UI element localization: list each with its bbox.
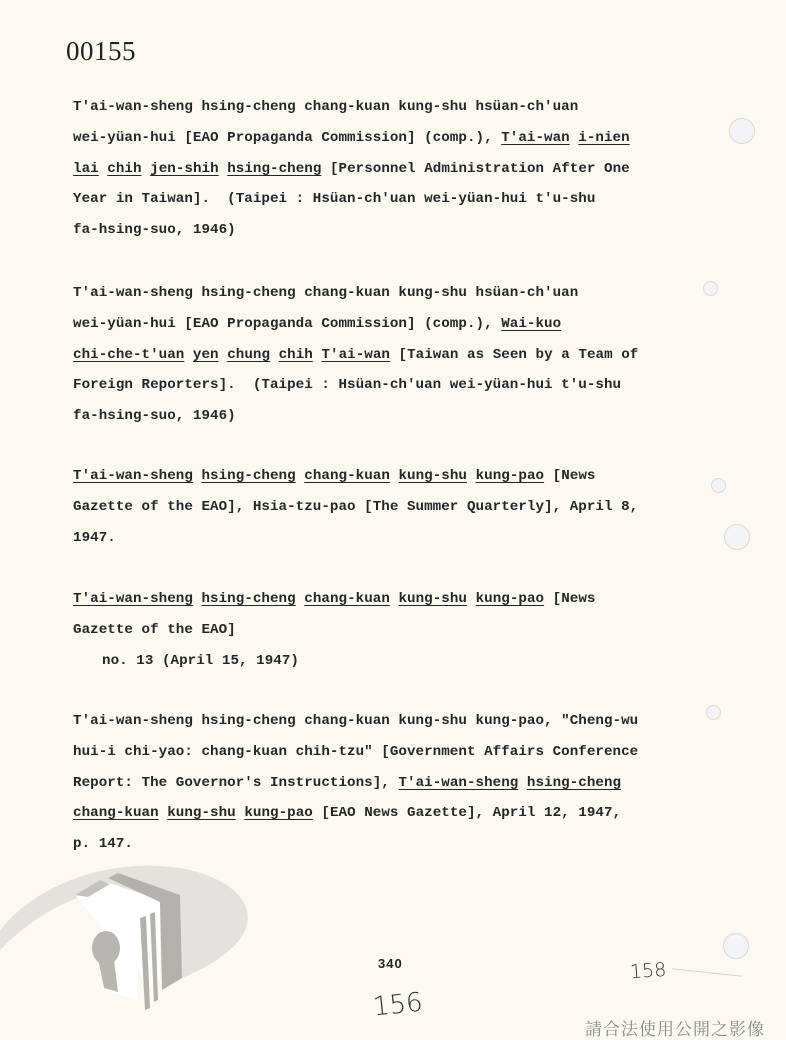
entry-line: wei-yüan-hui [EAO Propaganda Commission]… [73, 123, 630, 154]
underlined-title: jen-shih [150, 161, 219, 177]
text-segment: Foreign Reporters]. (Taipei : Hsüan-ch'u… [73, 377, 621, 393]
entry-line: 1947. [73, 523, 638, 554]
underlined-title: kung-shu [167, 805, 236, 821]
underlined-title: chang-kuan [304, 468, 390, 484]
entry-line: Foreign Reporters]. (Taipei : Hsüan-ch'u… [73, 370, 638, 401]
entry-line: Report: The Governor's Instructions], T'… [73, 768, 638, 799]
underlined-title: Wai-kuo [501, 316, 561, 332]
entry-line: T'ai-wan-sheng hsing-cheng chang-kuan ku… [73, 584, 595, 615]
entry-line: Gazette of the EAO], Hsia-tzu-pao [The S… [73, 492, 638, 523]
text-segment: Gazette of the EAO], Hsia-tzu-pao [The S… [73, 499, 638, 515]
text-segment: T'ai-wan-sheng hsing-cheng chang-kuan ku… [73, 713, 638, 729]
underlined-title: chung [227, 347, 270, 363]
underlined-title: chi-che-t'uan [73, 347, 184, 363]
text-segment [518, 775, 527, 791]
text-segment [219, 347, 228, 363]
text-segment: Year in Taiwan]. (Taipei : Hsüan-ch'uan … [73, 191, 595, 207]
entry-line: T'ai-wan-sheng hsing-cheng chang-kuan ku… [73, 461, 638, 492]
text-segment [99, 161, 108, 177]
underlined-title: T'ai-wan [501, 130, 570, 146]
entry-line: T'ai-wan-sheng hsing-cheng chang-kuan ku… [73, 278, 638, 309]
underlined-title: chang-kuan [304, 591, 390, 607]
text-segment: wei-yüan-hui [EAO Propaganda Commission]… [73, 316, 501, 332]
underlined-title: chang-kuan [73, 805, 159, 821]
document-id: 00155 [66, 36, 136, 67]
punch-hole [723, 933, 749, 959]
underlined-title: hsing-cheng [227, 161, 321, 177]
underlined-title: kung-shu [398, 468, 467, 484]
text-segment: no. 13 (April 15, 1947) [102, 653, 299, 669]
text-segment: [EAO News Gazette], April 12, 1947, [313, 805, 621, 821]
text-segment: Report: The Governor's Instructions], [73, 775, 398, 791]
underlined-title: yen [193, 347, 219, 363]
underlined-title: chih [107, 161, 141, 177]
underlined-title: kung-shu [398, 591, 467, 607]
underlined-title: hsing-cheng [201, 591, 295, 607]
text-segment [570, 130, 579, 146]
bibliography-entry: T'ai-wan-sheng hsing-cheng chang-kuan ku… [73, 706, 638, 860]
text-segment: T'ai-wan-sheng hsing-cheng chang-kuan ku… [73, 285, 578, 301]
punch-hole [724, 524, 750, 550]
text-segment [270, 347, 279, 363]
entry-line: lai chih jen-shih hsing-cheng [Personnel… [73, 154, 630, 185]
entry-line: T'ai-wan-sheng hsing-cheng chang-kuan ku… [73, 706, 638, 737]
entry-line: chi-che-t'uan yen chung chih T'ai-wan [T… [73, 340, 638, 371]
underlined-title: T'ai-wan-sheng [73, 468, 193, 484]
text-segment: p. 147. [73, 836, 133, 852]
underlined-title: T'ai-wan [321, 347, 390, 363]
entry-line: fa-hsing-suo, 1946) [73, 215, 630, 246]
underlined-title: kung-pao [244, 805, 313, 821]
text-segment: Gazette of the EAO] [73, 622, 236, 638]
bibliography-entry: T'ai-wan-sheng hsing-cheng chang-kuan ku… [73, 584, 595, 676]
watermark-text: 請合法使用公開之影像 [585, 1015, 765, 1040]
punch-hole [706, 705, 721, 720]
bibliography-entry: T'ai-wan-sheng hsing-cheng chang-kuan ku… [73, 92, 630, 246]
text-segment: 1947. [73, 530, 116, 546]
punch-hole [703, 281, 718, 296]
text-segment [296, 591, 305, 607]
underlined-title: T'ai-wan-sheng [398, 775, 518, 791]
text-segment: T'ai-wan-sheng hsing-cheng chang-kuan ku… [73, 99, 578, 115]
underlined-title: kung-pao [476, 468, 545, 484]
text-segment: [Taiwan as Seen by a Team of [390, 347, 638, 363]
text-segment [296, 468, 305, 484]
underlined-title: lai [73, 161, 99, 177]
text-segment: fa-hsing-suo, 1946) [73, 222, 236, 238]
entry-line: hui-i chi-yao: chang-kuan chih-tzu" [Gov… [73, 737, 638, 768]
text-segment: [News [544, 591, 595, 607]
underlined-title: i-nien [578, 130, 629, 146]
text-segment [184, 347, 193, 363]
underlined-title: kung-pao [476, 591, 545, 607]
text-segment [219, 161, 228, 177]
handwritten-note: 158 [629, 959, 667, 983]
underlined-title: T'ai-wan-sheng [73, 591, 193, 607]
archive-book-keyhole-logo [0, 840, 260, 1010]
underlined-title: hsing-cheng [527, 775, 621, 791]
text-segment [142, 161, 151, 177]
punch-hole [729, 118, 755, 144]
punch-hole [711, 478, 726, 493]
handwritten-note: 156 [372, 987, 425, 1022]
text-segment [159, 805, 168, 821]
text-segment: fa-hsing-suo, 1946) [73, 408, 236, 424]
document-page: 00155 T'ai-wan-sheng hsing-cheng chang-k… [0, 0, 786, 1040]
entry-line: no. 13 (April 15, 1947) [73, 646, 595, 677]
text-segment: hui-i chi-yao: chang-kuan chih-tzu" [Gov… [73, 744, 638, 760]
bibliography-entry: T'ai-wan-sheng hsing-cheng chang-kuan ku… [73, 278, 638, 432]
entry-line: fa-hsing-suo, 1946) [73, 401, 638, 432]
entry-line: Year in Taiwan]. (Taipei : Hsüan-ch'uan … [73, 184, 630, 215]
pencil-mark [672, 968, 742, 976]
text-segment [467, 468, 476, 484]
bibliography-entry: T'ai-wan-sheng hsing-cheng chang-kuan ku… [73, 461, 638, 553]
entry-line: p. 147. [73, 829, 638, 860]
text-segment [467, 591, 476, 607]
text-segment: wei-yüan-hui [EAO Propaganda Commission]… [73, 130, 501, 146]
text-segment: [News [544, 468, 595, 484]
entry-line: wei-yüan-hui [EAO Propaganda Commission]… [73, 309, 638, 340]
underlined-title: hsing-cheng [201, 468, 295, 484]
underlined-title: chih [279, 347, 313, 363]
page-number: 340 [378, 956, 403, 971]
entry-line: chang-kuan kung-shu kung-pao [EAO News G… [73, 798, 638, 829]
entry-line: Gazette of the EAO] [73, 615, 595, 646]
text-segment: [Personnel Administration After One [321, 161, 629, 177]
entry-line: T'ai-wan-sheng hsing-cheng chang-kuan ku… [73, 92, 630, 123]
